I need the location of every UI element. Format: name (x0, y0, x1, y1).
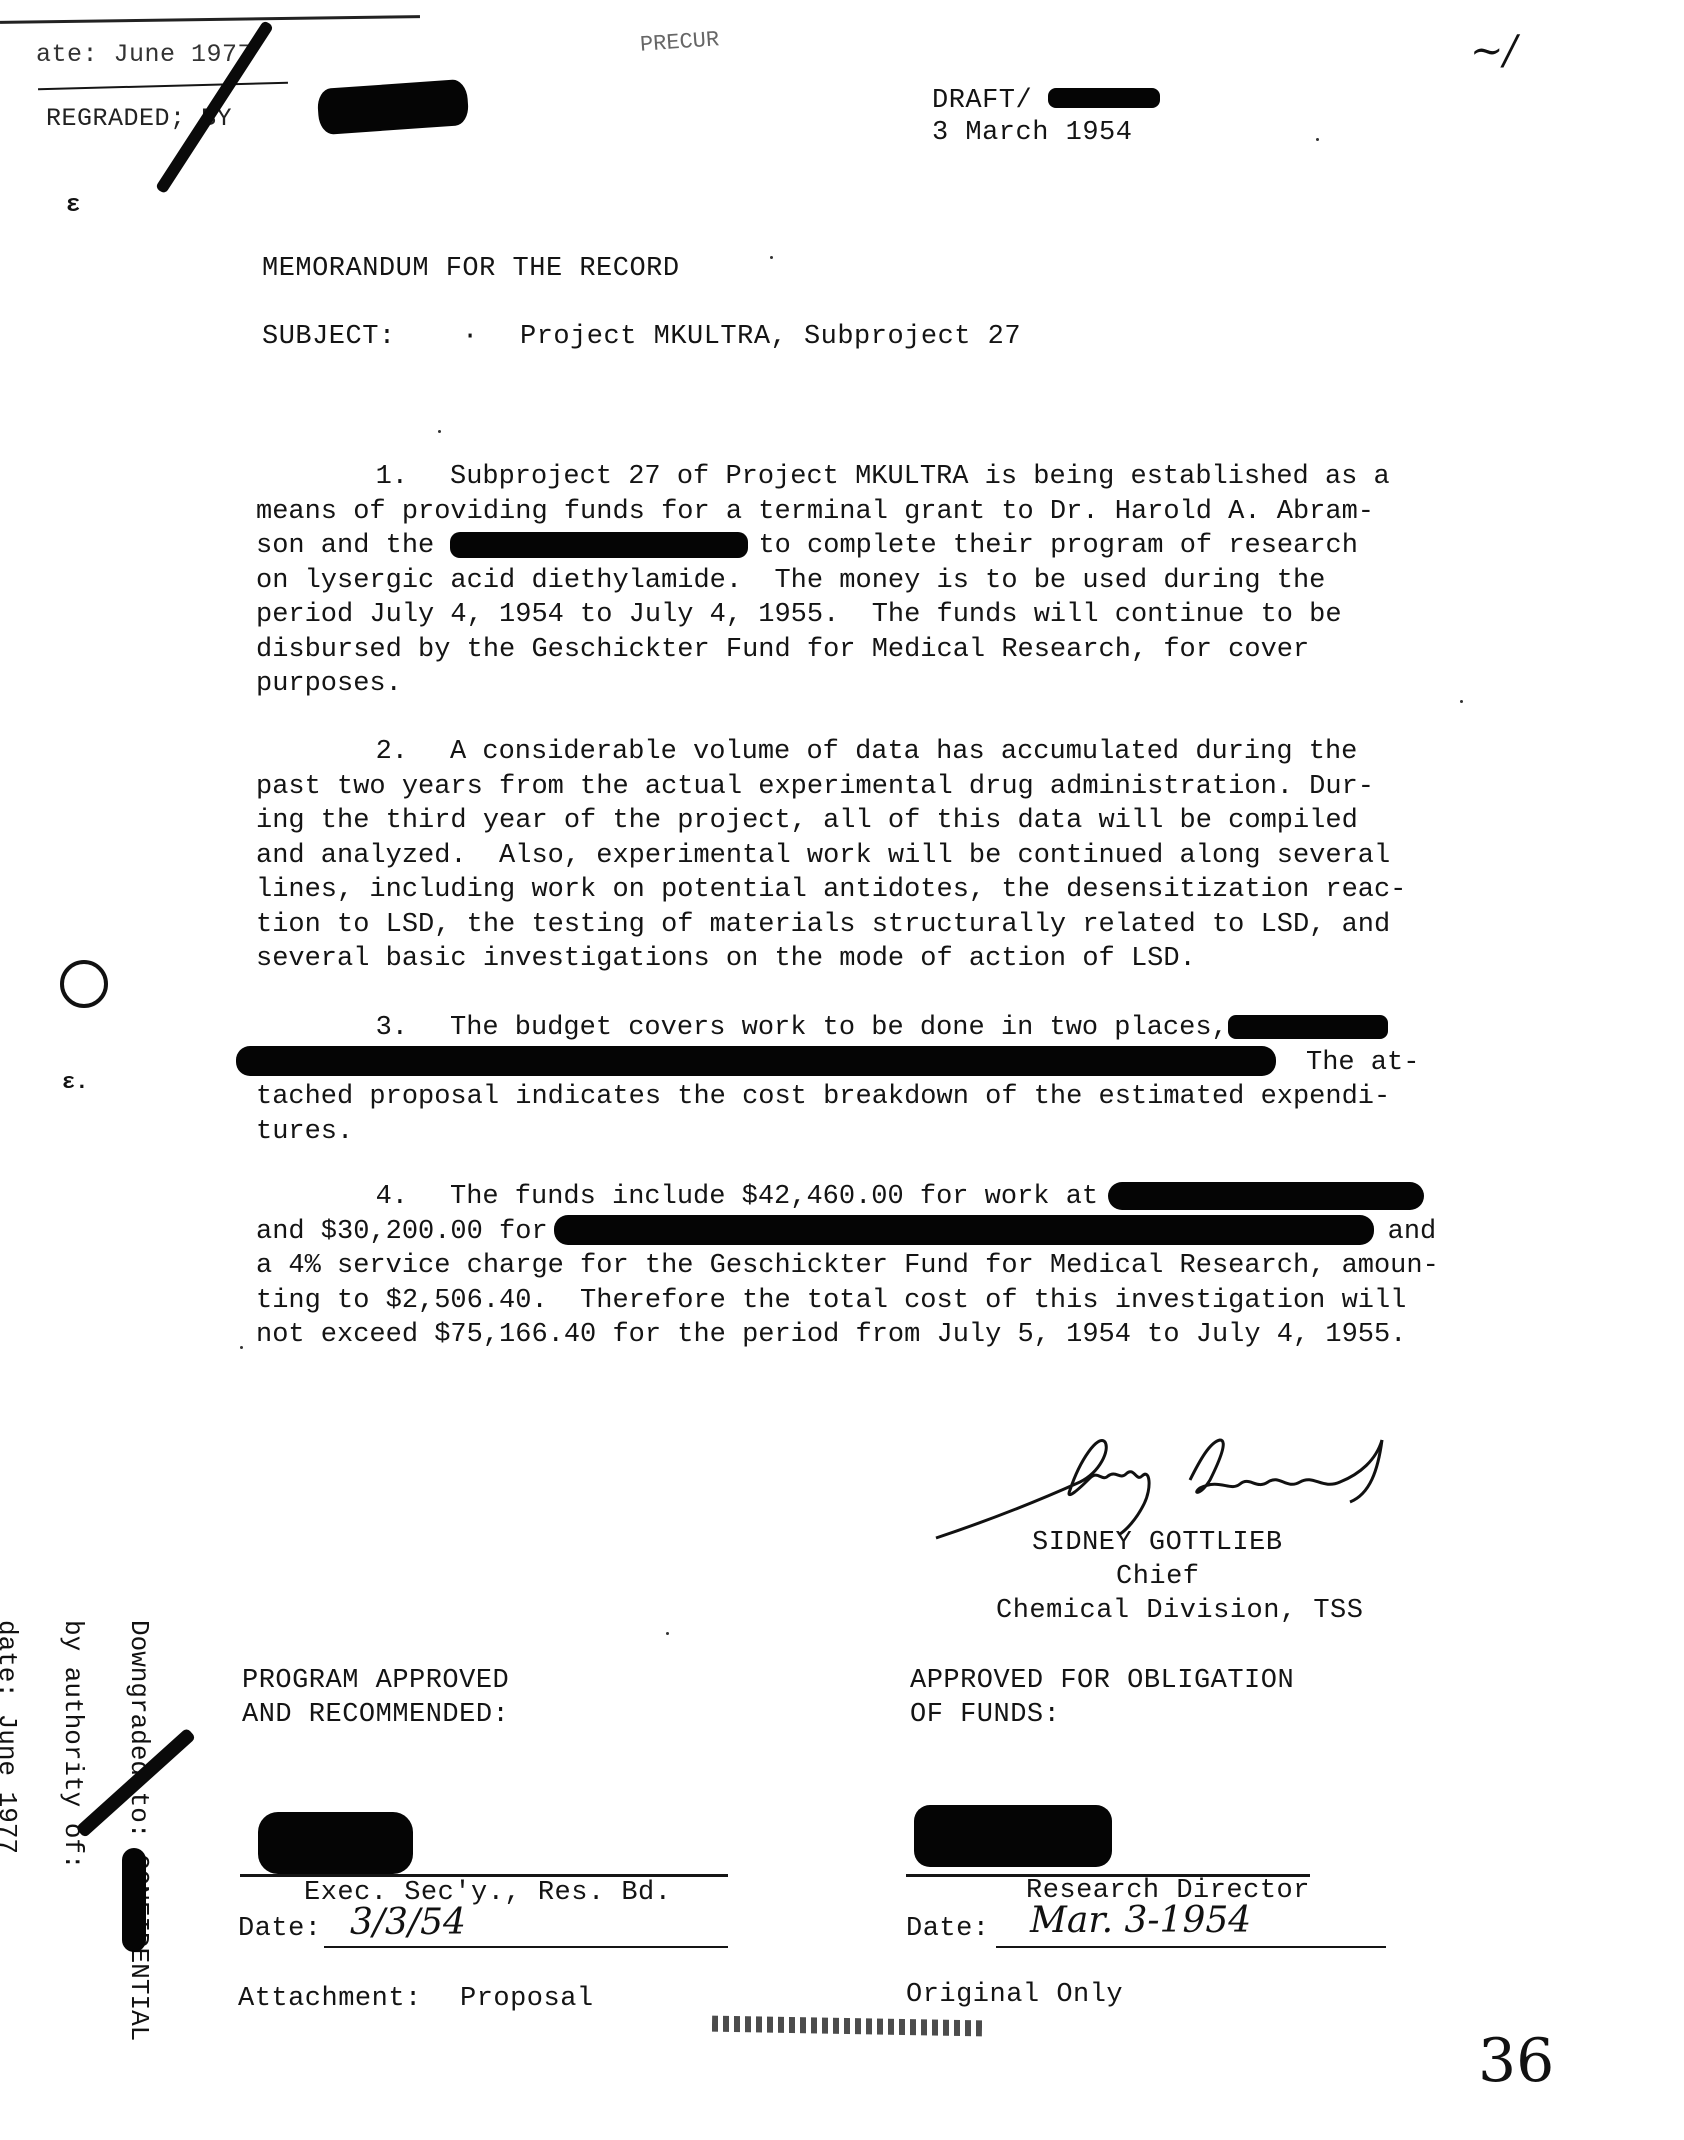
paragraph-number: 4. (316, 1180, 408, 1215)
paragraph-1: 1.Subproject 27 of Project MKULTRA is be… (256, 460, 1476, 702)
approval-left-heading-1: PROGRAM APPROVED (242, 1666, 509, 1696)
page-number: 36 (1478, 2026, 1554, 2096)
redaction-right-signatory (914, 1805, 1112, 1867)
paragraph-line: on lysergic acid diethylamide. The money… (256, 564, 1476, 599)
paragraph-line: lines, including work on potential antid… (256, 873, 1476, 908)
date-line-right (996, 1946, 1386, 1948)
paragraph-line: disbursed by the Geschickter Fund for Me… (256, 633, 1476, 668)
subject-label: SUBJECT: (262, 322, 396, 352)
paragraph-line: The budget covers work to be done in two… (450, 1013, 1228, 1043)
paragraph-number: 1. (316, 460, 408, 495)
paragraph-line: ting to $2,506.40. Therefore the total c… (256, 1284, 1476, 1319)
approval-left-heading-2: AND RECOMMENDED: (242, 1700, 509, 1730)
paragraph-line: period July 4, 1954 to July 4, 1955. The… (256, 598, 1476, 633)
scan-edge-line (0, 15, 420, 24)
paragraph-line: and (1388, 1217, 1437, 1247)
paragraph-line-prefix: son and the (256, 531, 450, 561)
corner-mark: ~/ (1470, 28, 1517, 74)
paragraph-line: several basic investigations on the mode… (256, 942, 1476, 977)
paragraph-line: ing the third year of the project, all o… (256, 804, 1476, 839)
draft-label: DRAFT/ (932, 86, 1032, 116)
approval-right-note: Original Only (906, 1980, 1123, 2010)
redaction-left-signatory (258, 1812, 413, 1874)
paragraph-line: means of providing funds for a terminal … (256, 495, 1476, 530)
speck (240, 1346, 243, 1349)
paragraph-line-with-redaction: son and the to complete their program of… (256, 529, 1476, 564)
stamp-date-line: ate: June 1977 (36, 40, 253, 69)
redaction-location-1 (1108, 1182, 1424, 1210)
paragraph-3: 3.The budget covers work to be done in t… (256, 1011, 1476, 1149)
paragraph-2: 2.A considerable volume of data has accu… (256, 735, 1476, 977)
redaction-institution (450, 532, 748, 558)
redaction-place-2 (236, 1046, 1276, 1076)
date-line-left (324, 1946, 728, 1948)
approval-right-heading-1: APPROVED FOR OBLIGATION (910, 1666, 1294, 1696)
paragraph-line-suffix: to complete their program of research (758, 531, 1358, 561)
side-stamp-line-3: date: June 1977 (0, 1620, 22, 2041)
paragraph-line: past two years from the actual experimen… (256, 770, 1476, 805)
approval-right-date-value: Mar. 3-1954 (1030, 1900, 1251, 1941)
speck (666, 1632, 669, 1635)
signature-line-left (240, 1874, 728, 1877)
paragraph-4: 4.The funds include $42,460.00 for work … (256, 1180, 1476, 1353)
paragraph-line: tion to LSD, the testing of materials st… (256, 908, 1476, 943)
attachment-label: Attachment: (238, 1984, 422, 2014)
stamp-rule (38, 82, 288, 91)
side-stamp-line-1: Downgraded to: CONFIDENTIAL (124, 1620, 154, 2041)
paragraph-line: a 4% service charge for the Geschickter … (256, 1249, 1476, 1284)
paragraph-line: Subproject 27 of Project MKULTRA is bein… (450, 462, 1390, 492)
signatory-name: SIDNEY GOTTLIEB (1032, 1528, 1283, 1558)
redaction-draft-number (1048, 88, 1160, 108)
redaction-place-1 (1228, 1015, 1388, 1039)
smudged-stamp (712, 2016, 982, 2037)
paragraph-number: 3. (316, 1011, 408, 1046)
top-center-mark: PRECUR (639, 27, 720, 57)
approval-right-heading-2: OF FUNDS: (910, 1700, 1060, 1730)
paragraph-line: A considerable volume of data has accumu… (450, 737, 1357, 767)
speck (1316, 138, 1319, 141)
margin-mark: ɛ. (62, 1070, 88, 1095)
punch-hole-icon (60, 960, 108, 1008)
paragraph-line: not exceed $75,166.40 for the period fro… (256, 1318, 1476, 1353)
margin-mark: ɛ (66, 192, 80, 219)
paragraph-line: The at- (1306, 1048, 1419, 1078)
attachment-value: Proposal (460, 1984, 594, 2014)
speck (1460, 700, 1463, 703)
memo-title: MEMORANDUM FOR THE RECORD (262, 254, 680, 284)
speck (438, 430, 441, 433)
paragraph-line: and analyzed. Also, experimental work wi… (256, 839, 1476, 874)
paragraph-line: and $30,200.00 for (256, 1217, 548, 1247)
side-stamp: Downgraded to: CONFIDENTIAL by authority… (0, 1620, 190, 2041)
approval-left-date-value: 3/3/54 (350, 1902, 466, 1943)
paragraph-line: The funds include $42,460.00 for work at (450, 1182, 1098, 1212)
memo-date: 3 March 1954 (932, 118, 1132, 148)
redaction-stamp-name (317, 79, 470, 135)
paragraph-line: purposes. (256, 667, 1476, 702)
speck (770, 256, 773, 259)
subject-bullet: · (462, 322, 479, 352)
paragraph-number: 2. (316, 735, 408, 770)
subject-value: Project MKULTRA, Subproject 27 (520, 322, 1021, 352)
paragraph-line: tures. (256, 1115, 1476, 1150)
approval-right-date-label: Date: (906, 1914, 990, 1944)
redaction-side-stamp (122, 1848, 146, 1952)
signatory-division: Chemical Division, TSS (996, 1596, 1363, 1626)
signatory-title: Chief (1116, 1562, 1200, 1592)
paragraph-line-with-redaction: The at- (256, 1046, 1476, 1081)
redaction-location-2 (554, 1215, 1374, 1245)
paragraph-line: tached proposal indicates the cost break… (256, 1080, 1476, 1115)
paragraph-line-with-redaction: and $30,200.00 forand (256, 1215, 1476, 1250)
approval-left-date-label: Date: (238, 1914, 322, 1944)
